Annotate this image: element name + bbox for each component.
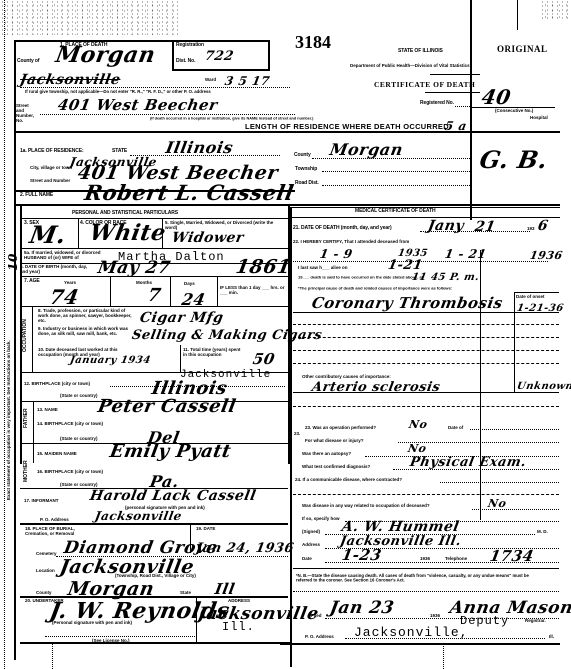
signed-label: (Signed) bbox=[302, 529, 320, 534]
father-birthplace-label: 14. BIRTHPLACE (city or town) bbox=[37, 421, 103, 426]
mother-name: Emily Pyatt bbox=[108, 441, 233, 462]
last-saw-value: 1-21 bbox=[387, 258, 424, 273]
consecutive-note: (Consecutive No.) bbox=[495, 108, 533, 113]
certificate-title: CERTIFICATE OF DEATH bbox=[374, 80, 475, 89]
mother-state-country-label: (State or country) bbox=[60, 482, 98, 487]
birth-month-day: May 27 bbox=[96, 258, 172, 278]
ward-value: 3 5 17 bbox=[224, 74, 271, 88]
age-label: 7. AGE bbox=[24, 278, 40, 284]
autopsy-value: No bbox=[407, 442, 428, 455]
length-of-residence-value: 5 a bbox=[444, 119, 468, 133]
industry-label: 9. Industry or business in which work wa… bbox=[38, 326, 133, 336]
occupation-related-label: Was disease in any way related to occupa… bbox=[302, 503, 430, 508]
age-months: 7 bbox=[146, 285, 163, 306]
occupation-vertical-label: OCCUPATION bbox=[22, 319, 28, 352]
street-label: Street and Number, No. bbox=[16, 103, 36, 123]
informant-value: Harold Lack Cassell bbox=[89, 488, 258, 504]
residence-label: 1a. PLACE OF RESIDENCE: bbox=[20, 148, 84, 154]
contributory-label: Other contributory causes of importance: bbox=[302, 374, 391, 379]
department: Department of Public Health—Division of … bbox=[350, 63, 470, 68]
nb-note: *N. B.—State the disease causing death. … bbox=[296, 573, 545, 583]
burial-label: 18. PLACE OF BURIAL, Cremation, or Remov… bbox=[25, 526, 95, 536]
ward-label: Ward bbox=[205, 77, 216, 82]
residence-city-label: City, village or town bbox=[30, 165, 72, 170]
hospital-label: Hospital bbox=[530, 115, 548, 120]
medical-section-title: MEDICAL CERTIFICATE OF DEATH bbox=[355, 208, 436, 214]
registered-no-value: 40 bbox=[480, 85, 513, 109]
undertaker-state: Ill. bbox=[222, 620, 255, 634]
operation-label: 23. Was an operation performed? bbox=[305, 425, 376, 430]
telephone-label: Telephone bbox=[445, 556, 467, 561]
dist-no-label: Dist. No. bbox=[176, 58, 195, 64]
dist-no-value: 722 bbox=[204, 49, 235, 64]
burial-date-value: Jan 24, 1936 bbox=[195, 541, 296, 556]
attended-to: 1 - 21 bbox=[444, 247, 488, 261]
confirmed-label: What test confirmed diagnosis? bbox=[302, 464, 370, 469]
marital-label: 5. Single, Married, Widowed, or Divorced… bbox=[165, 220, 285, 230]
communicable-label: 24. If a communicable disease, where con… bbox=[295, 477, 402, 482]
state-header: STATE OF ILLINOIS bbox=[398, 48, 443, 54]
full-name-value: Robert L. Cassell bbox=[83, 180, 296, 205]
marital-value: Widower bbox=[171, 230, 246, 246]
location-label: Location bbox=[36, 568, 55, 573]
trade-value: Cigar Mfg bbox=[139, 310, 225, 326]
residence-county-value: Morgan bbox=[328, 140, 404, 159]
father-name: Peter Cassell bbox=[96, 396, 238, 417]
filed-date: Jan 23 bbox=[328, 598, 396, 618]
physician-value: A. W. Hummel bbox=[341, 519, 461, 535]
total-time-label: 11. Total time (years) spent in this occ… bbox=[183, 347, 243, 357]
informant-po-label: P. O. Address bbox=[40, 517, 69, 522]
color-value: White bbox=[88, 220, 168, 246]
street-note: (If death occurred in a hospital or inst… bbox=[150, 116, 313, 120]
operation-number: 23. bbox=[294, 431, 300, 436]
date-of-death-label: 21. DATE OF DEATH (month, day, and year) bbox=[293, 225, 392, 231]
principal-cause-label: *The principal cause of death and relate… bbox=[298, 286, 452, 291]
days-label: Days bbox=[184, 281, 195, 286]
township-label: Township bbox=[295, 166, 317, 172]
autopsy-label: Was there an autopsy? bbox=[302, 451, 351, 456]
mother-name-label: 15. MAIDEN NAME bbox=[37, 451, 77, 456]
operation-date-label: Date of bbox=[448, 425, 463, 430]
undertaker-address: Jacksonville bbox=[196, 604, 320, 624]
certify-label: 22. I HEREBY CERTIFY, That I attended de… bbox=[293, 239, 409, 244]
undertaker-sig-note: (Personal signature with pen and ink) bbox=[52, 620, 132, 625]
margin-instruction-note: Exact statement of occupation is very im… bbox=[6, 340, 11, 500]
margin-mark: 10 bbox=[6, 253, 20, 271]
mother-birthplace-label: 16. BIRTHPLACE (city or town) bbox=[37, 469, 103, 474]
residence-county-label: County bbox=[294, 152, 311, 158]
road-dist-label: Road Dist. bbox=[295, 180, 319, 186]
certificate-number: 3184 bbox=[295, 32, 331, 53]
father-vertical-label: FATHER bbox=[23, 408, 29, 428]
burial-state-label: State bbox=[180, 590, 191, 595]
operation-for-label: For what disease or injury? bbox=[305, 438, 364, 443]
informant-address: Jacksonville bbox=[94, 509, 183, 523]
death-city-value: Jacksonville bbox=[19, 72, 122, 88]
industry-value: Selling & Making Cigars bbox=[131, 328, 324, 343]
left-border bbox=[14, 40, 16, 660]
burial-county-label: County bbox=[36, 590, 52, 595]
trade-label: 8. Trade, profession, or particular kind… bbox=[38, 308, 133, 323]
death-year: 6 bbox=[537, 218, 550, 234]
death-county-value: Morgan bbox=[54, 42, 158, 68]
registrar-label: Registrar. bbox=[525, 618, 546, 623]
death-street-value: 401 West Beecher bbox=[56, 96, 219, 114]
registered-no-label: Registered No. bbox=[420, 100, 454, 106]
copy-type: ORIGINAL bbox=[497, 44, 548, 54]
last-saw-label: I last saw h___ alive on bbox=[298, 265, 348, 270]
center-divider-top bbox=[470, 0, 472, 220]
birth-date-label: 6. DATE OF BIRTH (month, day, and year) bbox=[20, 264, 95, 274]
county-of-label: County of bbox=[17, 58, 39, 64]
scan-noise-top bbox=[0, 0, 180, 35]
father-name-label: 13. NAME bbox=[37, 407, 58, 412]
residence-street-label: Street and Number bbox=[30, 178, 70, 183]
sex-value: M. bbox=[27, 220, 68, 249]
sign-date-label: Date bbox=[302, 556, 312, 561]
registrar-po-label: P. O. Address bbox=[305, 634, 334, 639]
death-year-prefix: 193 bbox=[527, 226, 535, 231]
md-label: M. D. bbox=[537, 529, 548, 534]
birthplace-state-country-label: (State or country) bbox=[60, 393, 98, 398]
city-note: If rural give township, not applicable—D… bbox=[25, 89, 211, 94]
residence-state-label: STATE bbox=[112, 148, 127, 154]
total-time-value: 50 bbox=[251, 350, 276, 368]
informant-label: 17. INFORMANT bbox=[24, 498, 59, 503]
death-day: 21 bbox=[474, 219, 497, 235]
length-of-residence-label: LENGTH OF RESIDENCE WHERE DEATH OCCURRED bbox=[245, 122, 449, 131]
death-said-label: 19___ death is said to have occurred on … bbox=[298, 275, 423, 280]
registrar-state: Ill. bbox=[549, 634, 554, 639]
sign-year: 1936 bbox=[420, 556, 430, 561]
contributory-onset: Unknown bbox=[516, 381, 571, 392]
confirmed-value: Physical Exam. bbox=[409, 455, 528, 470]
last-worked-value: January 1934 bbox=[69, 355, 152, 366]
birth-year: 1861 bbox=[234, 256, 293, 278]
personal-section-title: PERSONAL AND STATISTICAL PARTICULARS bbox=[72, 210, 178, 216]
scan-noise-right bbox=[540, 0, 571, 20]
burial-date-label: 19. DATE bbox=[196, 526, 215, 531]
registrar-initials: G. B. bbox=[477, 145, 550, 174]
principal-cause: Coronary Thrombosis bbox=[310, 294, 504, 312]
full-name-label: 2. FULL NAME bbox=[20, 192, 53, 198]
onset-label: Date of onset bbox=[516, 294, 545, 299]
birthplace-label: 12. BIRTHPLACE (city or town) bbox=[24, 381, 90, 386]
filed-label: Filed bbox=[311, 613, 322, 618]
physician-address-label: Address bbox=[302, 542, 320, 547]
father-state-country-label: (State or country) bbox=[60, 436, 98, 441]
attended-from: 1 - 9 bbox=[319, 247, 354, 261]
operation-value: No bbox=[408, 418, 429, 431]
time-of-death: 11 45 P. m. bbox=[411, 272, 480, 283]
specify-label: If so, specify how bbox=[302, 516, 340, 521]
if-less-label: IF LESS than 1 day ___ hrs. or ___ min. bbox=[220, 285, 285, 295]
registration-label: Registration bbox=[176, 42, 204, 48]
mother-vertical-label: MOTHER bbox=[23, 460, 29, 482]
cemetery-label: Cemetery bbox=[36, 551, 57, 556]
